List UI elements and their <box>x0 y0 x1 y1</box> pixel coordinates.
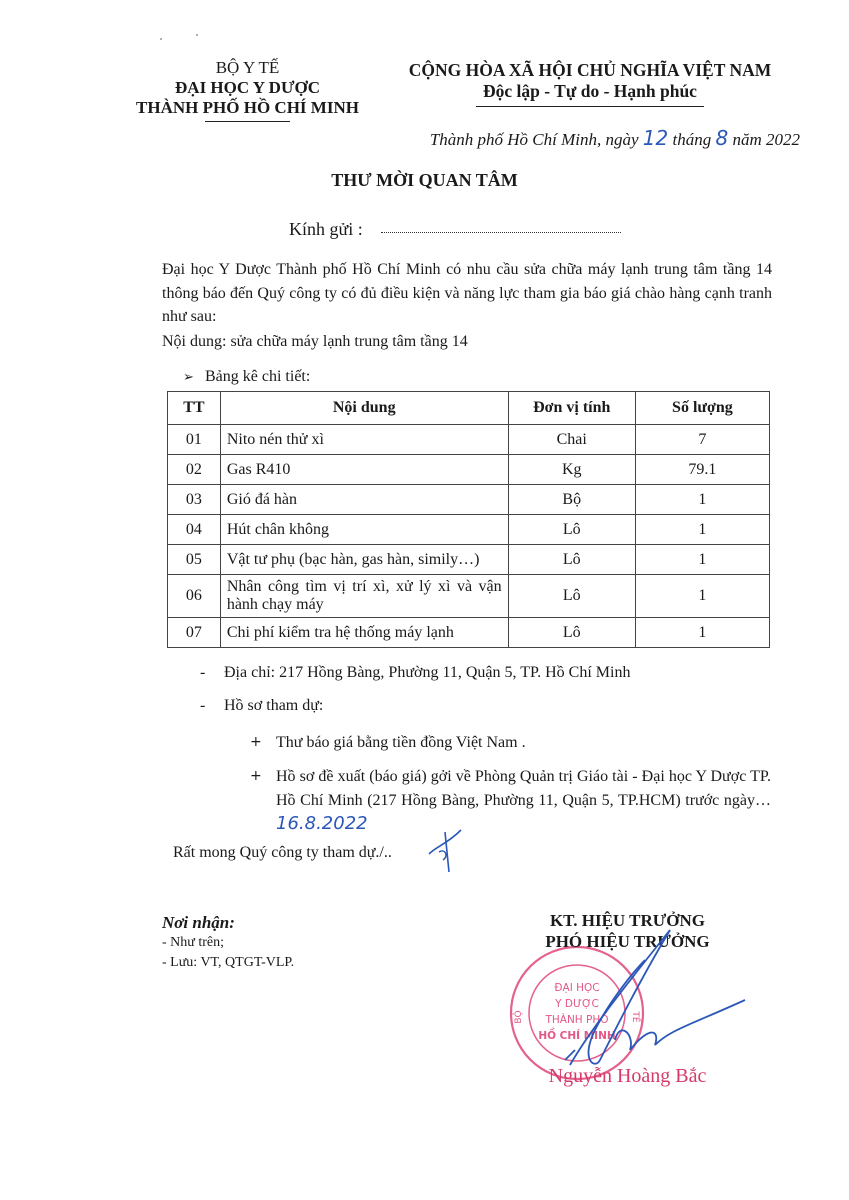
table-row: 07Chi phí kiểm tra hệ thống máy lạnhLô1 <box>168 618 770 648</box>
recipient-item: - Lưu: VT, QTGT-VLP. <box>162 953 294 973</box>
dateline-year: năm 2022 <box>732 130 800 149</box>
national-motto: Độc lập - Tự do - Hạnh phúc <box>380 81 800 102</box>
row-quantity: 1 <box>635 575 769 618</box>
header-divider <box>205 121 290 122</box>
documents-label: -Hồ sơ tham dự: <box>200 697 323 715</box>
header-unit: Đơn vị tính <box>508 392 635 425</box>
closing-text: Rất mong Quý công ty tham dự./.. <box>173 844 392 861</box>
salutation-label: Kính gửi : <box>289 219 363 239</box>
row-quantity: 1 <box>635 545 769 575</box>
row-quantity: 1 <box>635 618 769 648</box>
handwritten-signature-icon <box>520 920 750 1070</box>
row-description: Nhân công tìm vị trí xì, xử lý xì và vận… <box>220 575 508 618</box>
recipients-block: Nơi nhận: - Như trên; - Lưu: VT, QTGT-VL… <box>162 913 294 973</box>
row-quantity: 7 <box>635 425 769 455</box>
row-number: 07 <box>168 618 221 648</box>
initials-mark-icon <box>425 826 465 874</box>
row-description: Chi phí kiểm tra hệ thống máy lạnh <box>220 618 508 648</box>
address-text: Địa chỉ: 217 Hồng Bàng, Phường 11, Quận … <box>224 664 630 681</box>
recipients-label: Nơi nhận: <box>162 913 294 933</box>
row-unit: Lô <box>508 515 635 545</box>
plus-bullet-icon: + <box>250 731 270 755</box>
document-item: + Hồ sơ đề xuất (báo giá) gởi về Phòng Q… <box>250 765 771 837</box>
row-unit: Chai <box>508 425 635 455</box>
national-header: CỘNG HÒA XÃ HỘI CHỦ NGHĨA VIỆT NAM Độc l… <box>380 60 800 107</box>
table-caption-text: Bảng kê chi tiết: <box>205 368 310 385</box>
row-description: Hút chân không <box>220 515 508 545</box>
ministry-name: BỘ Y TẾ <box>100 58 395 78</box>
closing-line: Rất mong Quý công ty tham dự./.. <box>173 844 392 862</box>
handwritten-month: 8 <box>715 126 728 150</box>
document-title: THƯ MỜI QUAN TÂM <box>0 170 849 191</box>
table-row: 04Hút chân khôngLô1 <box>168 515 770 545</box>
dateline: Thành phố Hồ Chí Minh, ngày 12 tháng 8 n… <box>400 126 800 150</box>
intro-text: Đại học Y Dược Thành phố Hồ Chí Minh có … <box>162 258 772 329</box>
document-item-text: Hồ sơ đề xuất (báo giá) gởi về Phòng Quả… <box>276 765 771 837</box>
table-row: 02Gas R410Kg79.1 <box>168 455 770 485</box>
scan-speck <box>160 38 162 40</box>
issuer-header: BỘ Y TẾ ĐẠI HỌC Y DƯỢC THÀNH PHỐ HỒ CHÍ … <box>100 58 395 122</box>
table-header-row: TT Nội dung Đơn vị tính Số lượng <box>168 392 770 425</box>
row-unit: Lô <box>508 618 635 648</box>
row-number: 03 <box>168 485 221 515</box>
signer-name: Nguyễn Hoàng Bắc <box>505 1065 750 1088</box>
intro-paragraph: Đại học Y Dược Thành phố Hồ Chí Minh có … <box>162 258 772 329</box>
row-unit: Kg <box>508 455 635 485</box>
scan-speck <box>196 34 198 36</box>
row-number: 01 <box>168 425 221 455</box>
document-item-body: Hồ sơ đề xuất (báo giá) gởi về Phòng Quả… <box>276 768 771 809</box>
university-name-line2: THÀNH PHỐ HỒ CHÍ MINH <box>100 98 395 118</box>
handwritten-deadline: 16.8.2022 <box>276 813 368 834</box>
motto-divider <box>476 106 704 107</box>
dash-bullet: - <box>200 697 224 715</box>
row-number: 04 <box>168 515 221 545</box>
documents-label-text: Hồ sơ tham dự: <box>224 697 323 714</box>
recipient-blank-line <box>381 228 621 233</box>
table-row: 05Vật tư phụ (bạc hàn, gas hàn, simily…)… <box>168 545 770 575</box>
row-quantity: 79.1 <box>635 455 769 485</box>
row-number: 06 <box>168 575 221 618</box>
items-table: TT Nội dung Đơn vị tính Số lượng 01Nito … <box>167 391 770 648</box>
table-row: 03Gió đá hànBộ1 <box>168 485 770 515</box>
row-number: 05 <box>168 545 221 575</box>
row-description: Vật tư phụ (bạc hàn, gas hàn, simily…) <box>220 545 508 575</box>
header-quantity: Số lượng <box>635 392 769 425</box>
row-unit: Lô <box>508 575 635 618</box>
header-tt: TT <box>168 392 221 425</box>
arrow-bullet-icon: ➢ <box>183 369 205 385</box>
row-quantity: 1 <box>635 515 769 545</box>
row-description: Gió đá hàn <box>220 485 508 515</box>
content-line: Nội dung: sửa chữa máy lạnh trung tâm tầ… <box>162 333 468 351</box>
row-unit: Lô <box>508 545 635 575</box>
handwritten-day: 12 <box>643 126 668 150</box>
dash-bullet: - <box>200 664 224 682</box>
salutation: Kính gửi : <box>289 219 621 240</box>
country-name: CỘNG HÒA XÃ HỘI CHỦ NGHĨA VIỆT NAM <box>380 60 800 81</box>
header-content: Nội dung <box>220 392 508 425</box>
table-row: 06Nhân công tìm vị trí xì, xử lý xì và v… <box>168 575 770 618</box>
dateline-prefix: Thành phố Hồ Chí Minh, ngày <box>430 130 639 149</box>
row-description: Gas R410 <box>220 455 508 485</box>
table-caption: ➢Bảng kê chi tiết: <box>183 368 310 386</box>
university-name-line1: ĐẠI HỌC Y DƯỢC <box>100 78 395 98</box>
table-row: 01Nito nén thử xìChai7 <box>168 425 770 455</box>
row-description: Nito nén thử xì <box>220 425 508 455</box>
address-line: -Địa chỉ: 217 Hồng Bàng, Phường 11, Quận… <box>200 664 630 682</box>
plus-bullet-icon: + <box>250 765 270 789</box>
dateline-month-label: tháng <box>673 130 712 149</box>
document-item: + Thư báo giá bằng tiền đồng Việt Nam . <box>250 731 771 755</box>
row-quantity: 1 <box>635 485 769 515</box>
row-number: 02 <box>168 455 221 485</box>
row-unit: Bộ <box>508 485 635 515</box>
recipient-item: - Như trên; <box>162 933 294 953</box>
document-item-text: Thư báo giá bằng tiền đồng Việt Nam . <box>276 731 771 755</box>
